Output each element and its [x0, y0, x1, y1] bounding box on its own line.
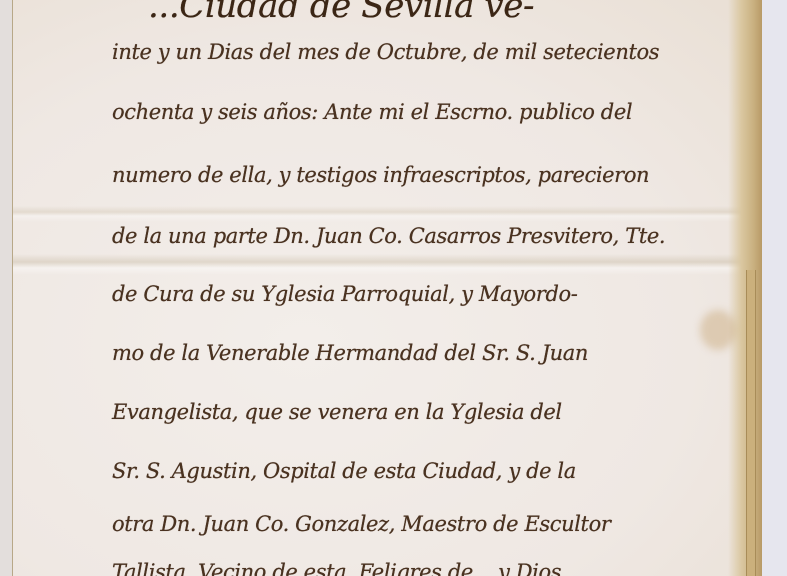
paper-stain [700, 310, 736, 350]
manuscript-page: ...Ciudad de Sevilla ve- inte y un Dias … [0, 0, 762, 576]
page-right-torn-edge [728, 0, 762, 576]
manuscript-line-2: inte y un Dias del mes de Octubre, de mi… [112, 40, 659, 64]
manuscript-line-4: numero de ella, y testigos infraescripto… [112, 163, 649, 187]
manuscript-line-10: otra Dn. Juan Co. Gonzalez, Maestro de E… [112, 512, 610, 536]
manuscript-line-6: de Cura de su Yglesia Parroquial, y Mayo… [112, 282, 577, 306]
manuscript-line-8: Evangelista, que se venera en la Yglesia… [112, 400, 562, 424]
manuscript-line-9: Sr. S. Agustin, Ospital de esta Ciudad, … [112, 459, 576, 483]
manuscript-line-7: mo de la Venerable Hermandad del Sr. S. … [112, 341, 588, 365]
manuscript-line-3: ochenta y seis años: Ante mi el Escrno. … [112, 100, 632, 124]
manuscript-line-1: ...Ciudad de Sevilla ve- [148, 0, 534, 26]
manuscript-line-5: de la una parte Dn. Juan Co. Casarros Pr… [112, 224, 665, 248]
page-left-edge [0, 0, 13, 576]
manuscript-line-11: Tallista, Vecino de esta, Feligres de...… [112, 560, 561, 576]
